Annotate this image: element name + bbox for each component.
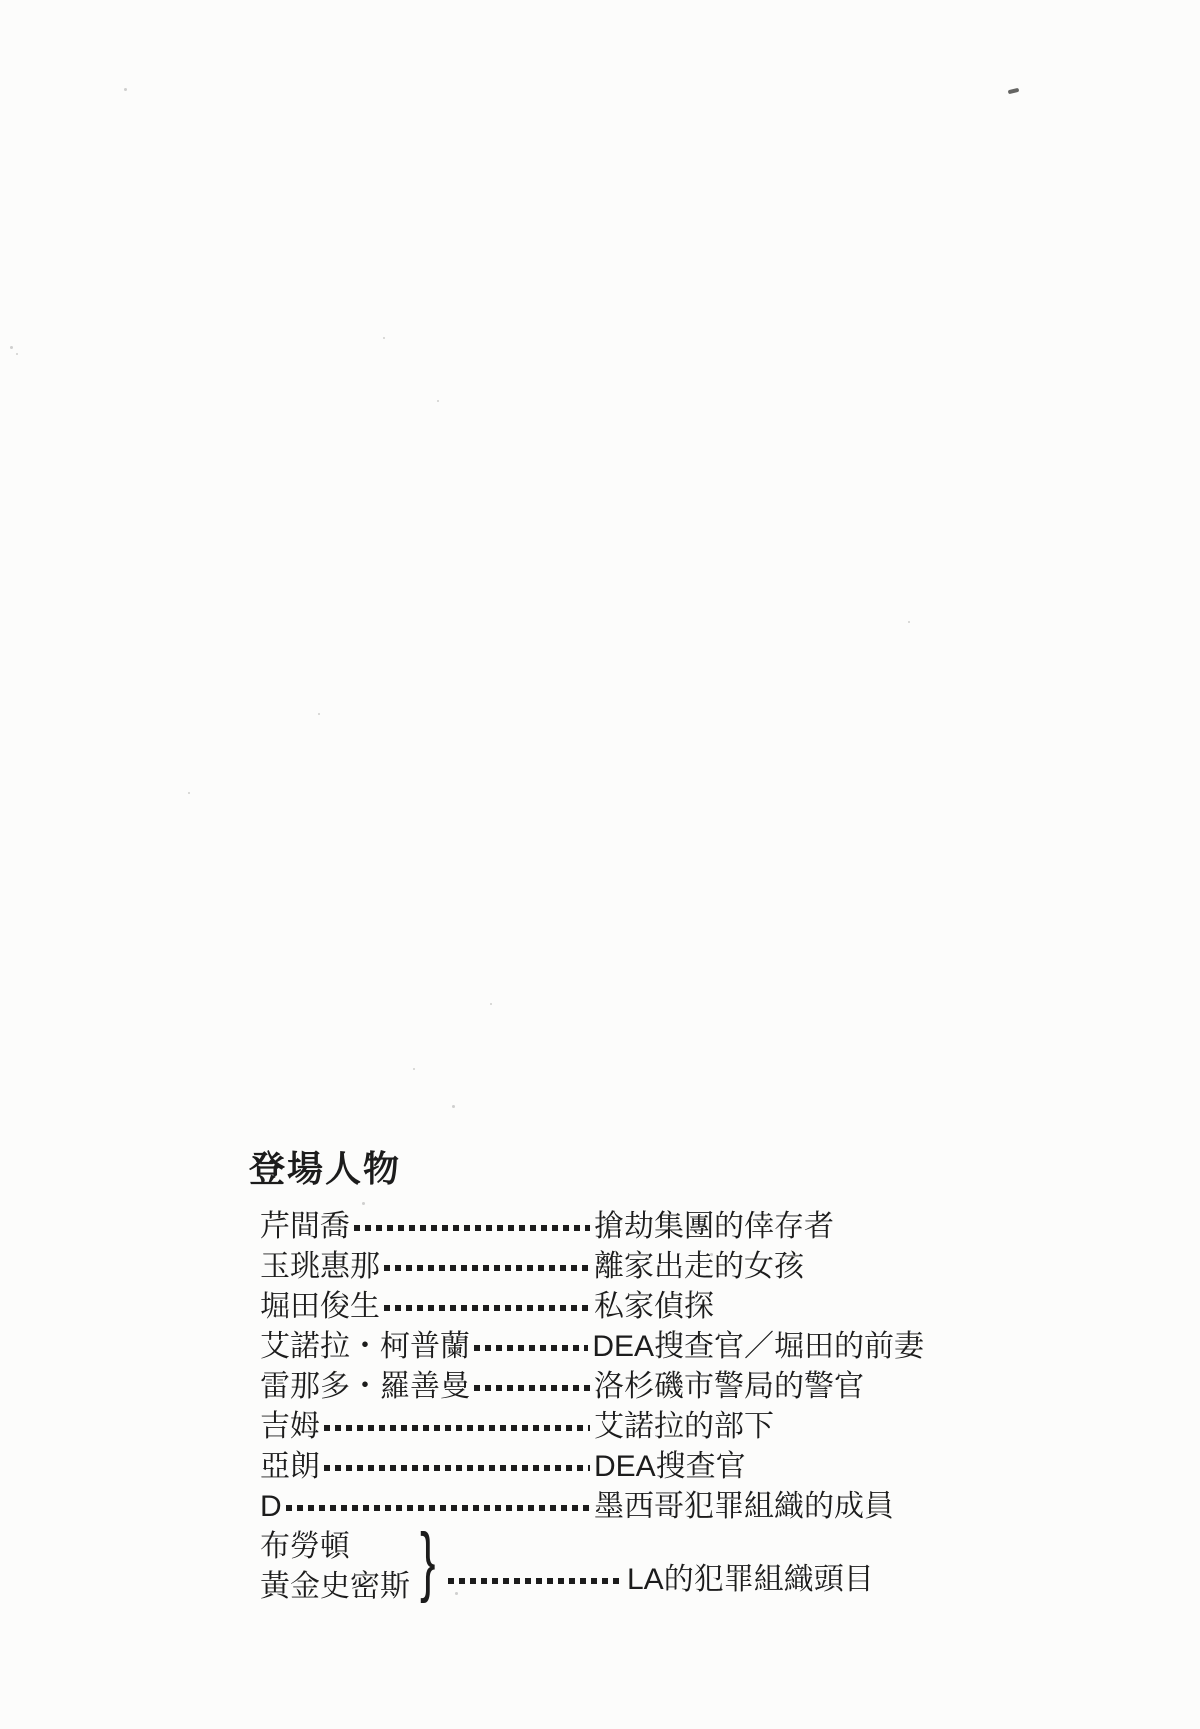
cast-row: 艾諾拉・柯普蘭 DEA搜查官／堀田的前妻 bbox=[260, 1327, 924, 1367]
dotted-leader bbox=[384, 1305, 590, 1311]
scan-speck bbox=[908, 621, 910, 623]
cast-name: 玉珧惠那 bbox=[260, 1247, 380, 1287]
cast-row: 亞朗 DEA搜查官 bbox=[260, 1447, 924, 1487]
cast-role: 艾諾拉的部下 bbox=[594, 1407, 924, 1447]
cast-role: DEA搜查官 bbox=[594, 1447, 924, 1487]
cast-name: 吉姆 bbox=[260, 1407, 320, 1447]
cast-role: DEA搜查官／堀田的前妻 bbox=[592, 1327, 924, 1367]
cast-role: 洛杉磯市警局的警官 bbox=[594, 1367, 924, 1407]
scan-speck bbox=[318, 713, 320, 715]
cast-role: 離家出走的女孩 bbox=[594, 1247, 924, 1287]
scan-speck bbox=[452, 1105, 455, 1108]
cast-row: 玉珧惠那 離家出走的女孩 bbox=[260, 1247, 924, 1287]
dotted-leader bbox=[324, 1465, 590, 1471]
cast-row: 雷那多・羅善曼 洛杉磯市警局的警官 bbox=[260, 1367, 924, 1407]
cast-group-names: 布勞頓 黃金史密斯 bbox=[260, 1527, 412, 1607]
cast-role: 搶劫集團的倖存者 bbox=[594, 1207, 924, 1247]
cast-role: 私家偵探 bbox=[594, 1287, 924, 1327]
scan-speck bbox=[383, 337, 385, 339]
group-brace: } bbox=[412, 1522, 444, 1602]
dotted-leader bbox=[286, 1505, 590, 1511]
cast-name: 雷那多・羅善曼 bbox=[260, 1367, 470, 1407]
cast-role: 墨西哥犯罪組織的成員 bbox=[594, 1487, 924, 1527]
scan-speck bbox=[10, 346, 13, 349]
scan-speck bbox=[455, 1592, 458, 1595]
cast-name: 布勞頓 bbox=[260, 1527, 412, 1567]
cast-name: 艾諾拉・柯普蘭 bbox=[260, 1327, 470, 1367]
scan-speck bbox=[124, 88, 127, 91]
cast-name: 黃金史密斯 bbox=[260, 1567, 412, 1607]
scan-speck bbox=[413, 1068, 415, 1070]
cast-row: 吉姆 艾諾拉的部下 bbox=[260, 1407, 924, 1447]
cast-name: 芹間喬 bbox=[260, 1207, 350, 1247]
cast-role: LA的犯罪組織頭目 bbox=[627, 1560, 924, 1600]
dotted-leader bbox=[354, 1225, 590, 1231]
dotted-leader bbox=[384, 1265, 590, 1271]
scan-speck bbox=[437, 400, 439, 402]
cast-row: D 墨西哥犯罪組織的成員 bbox=[260, 1487, 924, 1527]
dotted-leader bbox=[324, 1425, 590, 1431]
scan-speck bbox=[362, 1202, 365, 1205]
scan-speck bbox=[710, 1253, 713, 1256]
scan-speck bbox=[16, 353, 18, 355]
cast-name: 亞朗 bbox=[260, 1447, 320, 1487]
cast-name: 堀田俊生 bbox=[260, 1287, 380, 1327]
dotted-leader bbox=[474, 1385, 590, 1391]
dotted-leader bbox=[474, 1345, 588, 1351]
cast-row: 芹間喬 搶劫集團的倖存者 bbox=[260, 1207, 924, 1247]
scan-speck bbox=[188, 792, 190, 794]
curly-brace-glyph: } bbox=[420, 1524, 436, 1601]
scanned-page: 登場人物 芹間喬 搶劫集團的倖存者 玉珧惠那 離家出走的女孩 堀田俊生 私家偵探… bbox=[0, 0, 1200, 1729]
dotted-leader bbox=[448, 1578, 623, 1584]
cast-list: 芹間喬 搶劫集團的倖存者 玉珧惠那 離家出走的女孩 堀田俊生 私家偵探 艾諾拉・… bbox=[260, 1207, 924, 1607]
scan-speck bbox=[490, 1003, 492, 1005]
cast-group-row: 布勞頓 黃金史密斯 } LA的犯罪組織頭目 bbox=[260, 1527, 924, 1607]
cast-name: D bbox=[260, 1487, 282, 1527]
cast-row: 堀田俊生 私家偵探 bbox=[260, 1287, 924, 1327]
cast-group-tail: LA的犯罪組織頭目 bbox=[444, 1560, 924, 1600]
cast-list-block: 登場人物 芹間喬 搶劫集團的倖存者 玉珧惠那 離家出走的女孩 堀田俊生 私家偵探… bbox=[249, 1150, 924, 1607]
page-title: 登場人物 bbox=[249, 1150, 924, 1188]
scan-speck bbox=[1008, 88, 1020, 95]
